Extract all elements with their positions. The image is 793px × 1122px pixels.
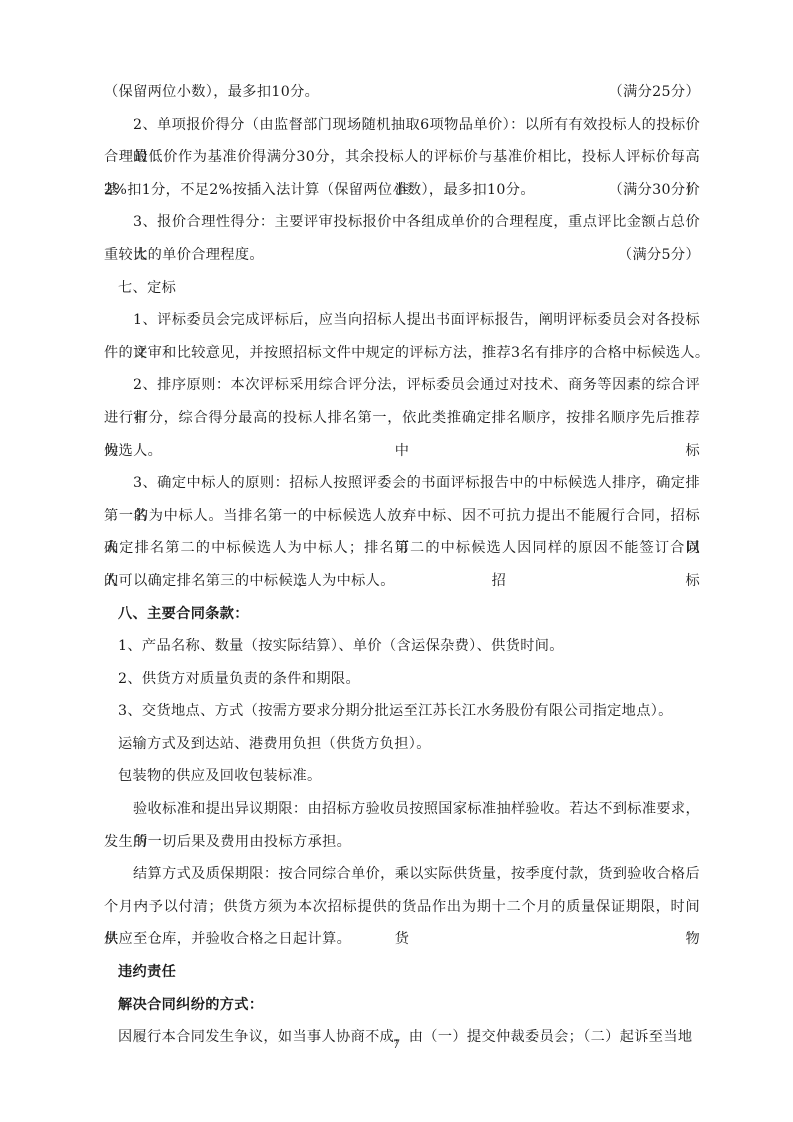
page-number: 7 xyxy=(0,1036,793,1052)
section-heading-contract: 八、主要合同条款： xyxy=(104,598,700,631)
contract-payment-line3: 供应至仓库，并验收合格之日起计算。 xyxy=(104,923,700,956)
contract-acceptance-line2: 发生的一切后果及费用由投标方承担。 xyxy=(104,826,700,859)
contract-clause-2: 2、供货方对质量负责的条件和期限。 xyxy=(104,663,700,696)
text: 重较大的单价合理程度。 xyxy=(104,247,264,263)
price-scoring-item2-line1: 2、单项报价得分（由监督部门现场随机抽取6项物品单价）：以所有有效投标人的投标价… xyxy=(104,109,700,142)
contract-payment-line2: 个月内予以付清；供货方须为本次招标提供的货品作出为期十二个月的质量保证期限，时间… xyxy=(104,891,700,924)
breach-heading: 违约责任 xyxy=(104,956,700,989)
award-item3-line1: 3、确定中标人的原则：招标人按照评委会的书面评标报告中的中标候选人排序，确定排名 xyxy=(104,467,700,500)
text: 2%扣1分，不足2%按插入法计算（保留两位小数），最多扣10分。 xyxy=(104,182,535,198)
contract-payment-line1: 结算方式及质保期限：按合同综合单价，乘以实际供货量，按季度付款，货到验收合格后一 xyxy=(104,858,700,891)
text: （保留两位小数），最多扣10分。 xyxy=(104,84,319,100)
contract-transport: 运输方式及到达站、港费用负担（供货方负担）。 xyxy=(104,728,700,761)
contract-packaging: 包装物的供应及回收包装标准。 xyxy=(104,760,700,793)
price-scoring-item3-line2: 重较大的单价合理程度。 （满分5分） xyxy=(104,239,700,272)
contract-clause-3: 3、交货地点、方式（按需方要求分期分批运至江苏长江水务股份有限公司指定地点）。 xyxy=(104,695,700,728)
full-score-5: （满分5分） xyxy=(618,239,700,272)
award-item3-line3: 确定排名第二的中标候选人为中标人；排名第二的中标候选人因同样的原因不能签订合同的… xyxy=(104,532,700,565)
award-item1-line1: 1、评标委员会完成评标后，应当向招标人提出书面评标报告，阐明评标委员会对各投标文 xyxy=(104,304,700,337)
dispute-heading: 解决合同纠纷的方式： xyxy=(104,989,700,1022)
price-scoring-item2-line2: 合理最低价作为基准价得满分30分，其余投标人的评标价与基准价相比，投标人评标价每… xyxy=(104,141,700,174)
award-item2-line2: 进行打分，综合得分最高的投标人排名第一，依此类推确定排名顺序，按排名顺序先后推荐… xyxy=(104,402,700,435)
award-item3-line2: 第一的为中标人。当排名第一的中标候选人放弃中标、因不可抗力提出不能履行合同，招标… xyxy=(104,500,700,533)
contract-clause-1: 1、产品名称、数量（按实际结算）、单价（含运保杂费）、供货时间。 xyxy=(104,630,700,663)
price-scoring-item1-tail: （保留两位小数），最多扣10分。 （满分25分） xyxy=(104,76,700,109)
full-score-30: （满分30分） xyxy=(609,174,700,207)
price-scoring-item3-line1: 3、报价合理性得分：主要评审投标报价中各组成单价的合理程度，重点评比金额占总价比 xyxy=(104,206,700,239)
award-item3-line4: 人可以确定排名第三的中标候选人为中标人。 xyxy=(104,565,700,598)
document-page: （保留两位小数），最多扣10分。 （满分25分） 2、单项报价得分（由监督部门现… xyxy=(104,76,700,1054)
price-scoring-item2-line3: 2%扣1分，不足2%按插入法计算（保留两位小数），最多扣10分。 （满分30分） xyxy=(104,174,700,207)
contract-acceptance-line1: 验收标准和提出异议期限：由招标方验收员按照国家标准抽样验收。若达不到标准要求，所 xyxy=(104,793,700,826)
award-item2-line3: 候选人。 xyxy=(104,435,700,468)
award-item2-line1: 2、排序原则：本次评标采用综合评分法，评标委员会通过对技术、商务等因素的综合评审 xyxy=(104,369,700,402)
section-heading-award: 七、定标 xyxy=(104,272,700,305)
award-item1-line2: 件的评审和比较意见，并按照招标文件中规定的评标方法，推荐3名有排序的合格中标候选… xyxy=(104,337,700,370)
full-score-25: （满分25分） xyxy=(609,76,700,109)
